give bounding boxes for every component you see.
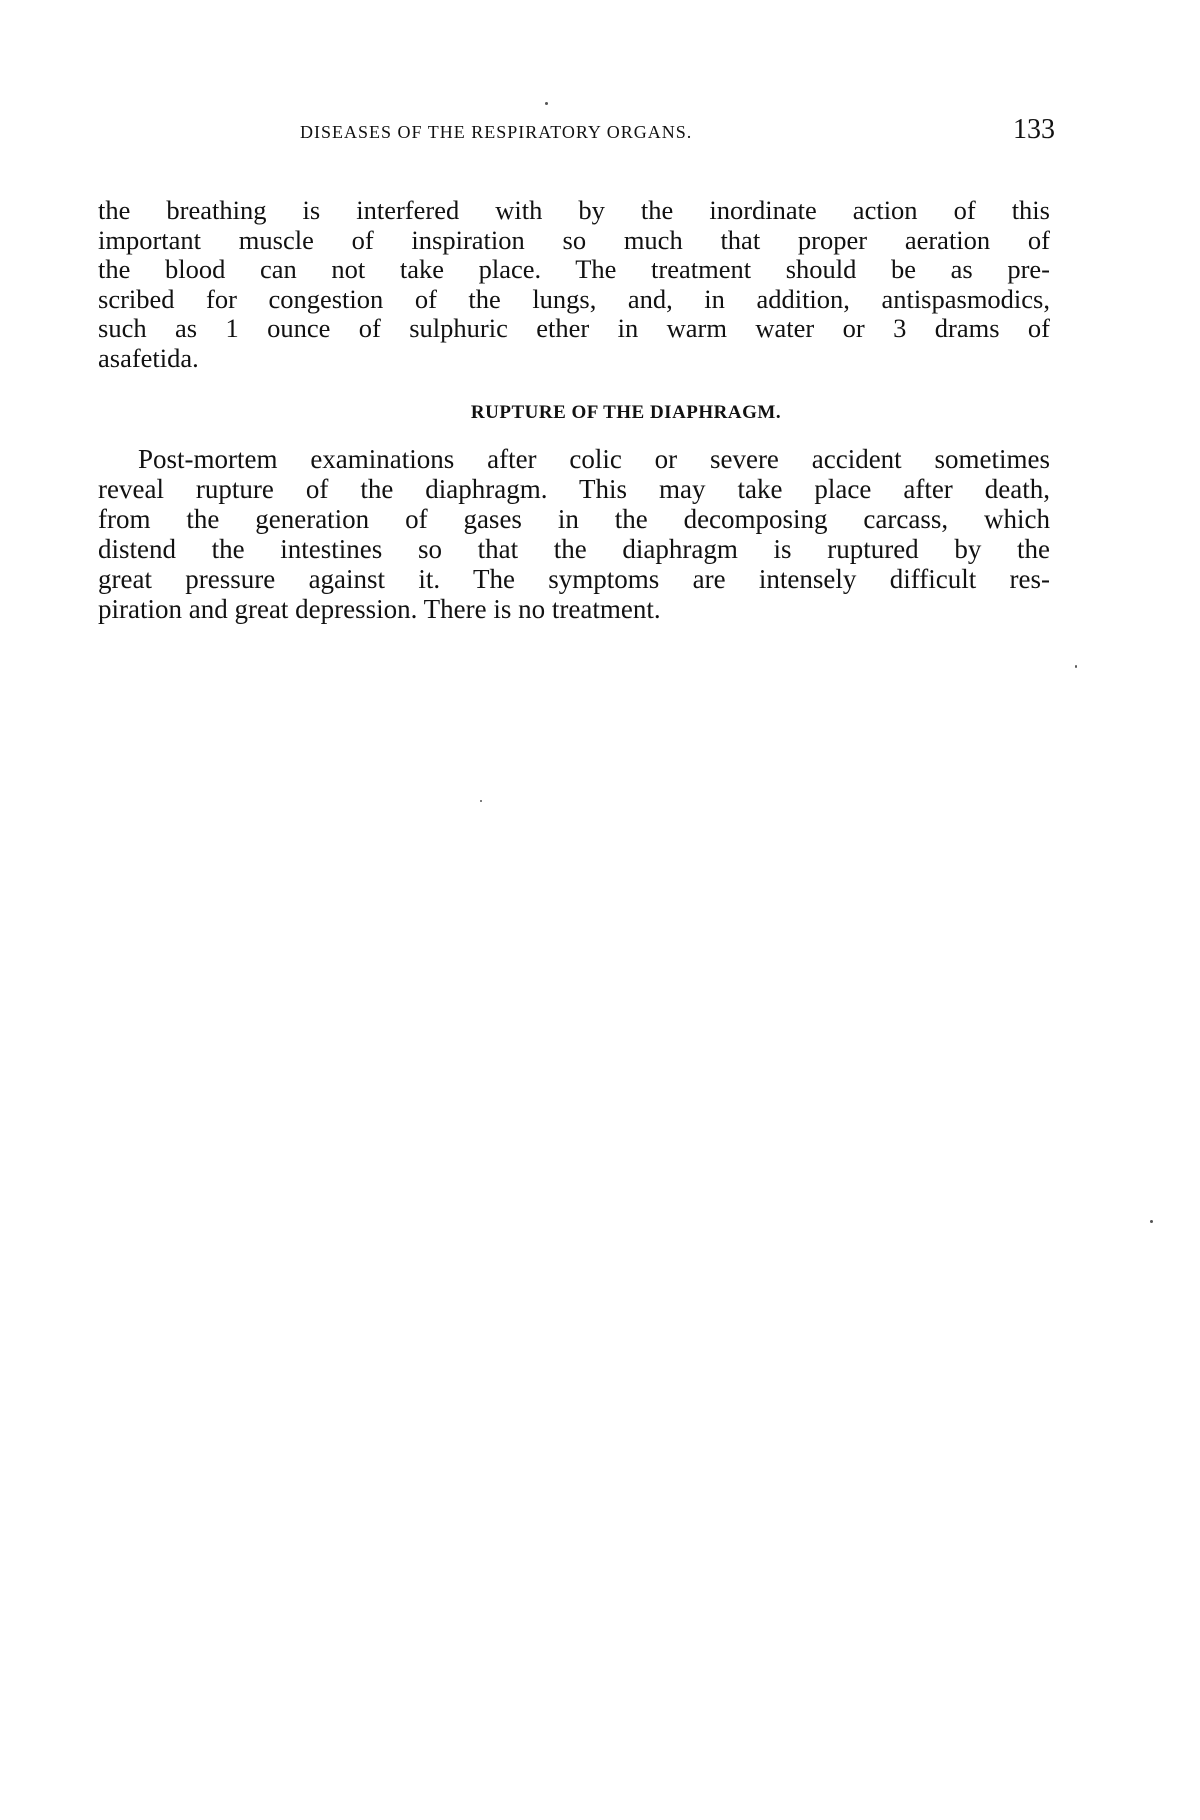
book-page: DISEASES OF THE RESPIRATORY ORGANS. 133 …: [0, 0, 1200, 1820]
text-line: Post-mortem examinations after colic or …: [98, 444, 1050, 474]
running-head: DISEASES OF THE RESPIRATORY ORGANS.: [300, 122, 1000, 143]
scan-speck: [1075, 665, 1077, 668]
scan-speck: [1150, 1220, 1153, 1223]
text-line: piration and great depression. There is …: [98, 594, 1050, 624]
text-line: from the generation of gases in the deco…: [98, 504, 1050, 534]
scan-speck: [545, 102, 548, 105]
text-line: the blood can not take place. The treatm…: [98, 255, 1050, 285]
text-line: asafetida.: [98, 344, 1050, 374]
section-heading: RUPTURE OF THE DIAPHRAGM.: [0, 402, 1200, 424]
page-number: 133: [985, 114, 1055, 146]
text-line: scribed for congestion of the lungs, and…: [98, 285, 1050, 315]
text-line: the breathing is interfered with by the …: [98, 196, 1050, 226]
paragraph-continued: the breathing is interfered with by the …: [98, 196, 1050, 373]
text-line: important muscle of inspiration so much …: [98, 226, 1050, 256]
text-line: distend the intestines so that the diaph…: [98, 534, 1050, 564]
section-paragraph: Post-mortem examinations after colic or …: [98, 444, 1050, 624]
text-line: reveal rupture of the diaphragm. This ma…: [98, 474, 1050, 504]
text-line: such as 1 ounce of sulphuric ether in wa…: [98, 314, 1050, 344]
text-line: great pressure against it. The symptoms …: [98, 564, 1050, 594]
scan-speck: [480, 800, 482, 802]
